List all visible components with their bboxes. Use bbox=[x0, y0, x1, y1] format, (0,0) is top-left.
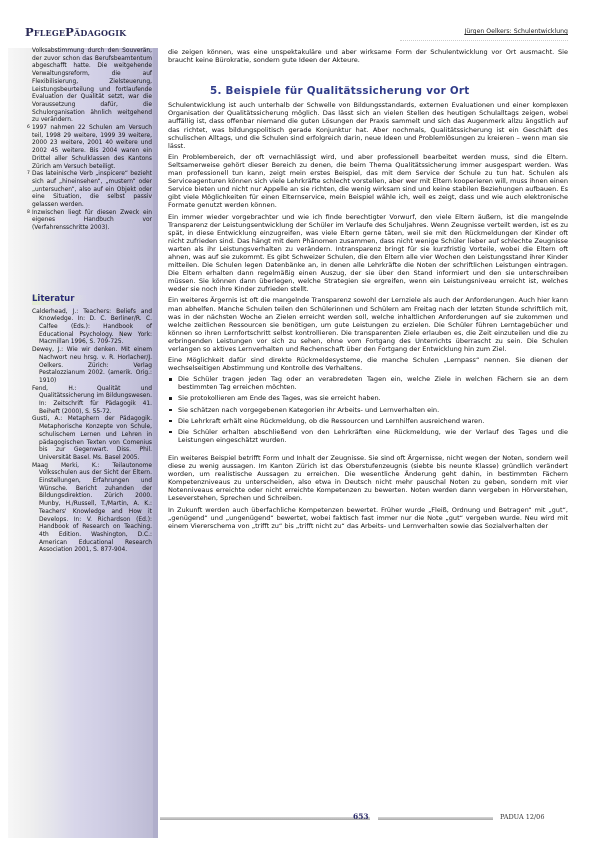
footnote-text: Das lateinische Verb „inspicere“ bezieht… bbox=[32, 171, 152, 208]
footer-rule bbox=[378, 817, 493, 820]
footnote-7: 7Das lateinische Verb „inspicere“ bezieh… bbox=[32, 171, 152, 210]
body-paragraph: Schulentwicklung ist auch unterhalb der … bbox=[168, 101, 568, 150]
sidebar-intro: Volksabstimmung durch den Souverän, der … bbox=[32, 48, 152, 125]
body-paragraph: Ein immer wieder vorgebrachter und wie i… bbox=[168, 213, 568, 294]
bullet-item: Sie schätzen nach vorgegebenen Kategorie… bbox=[168, 406, 568, 414]
body-paragraph: Ein weiteres Beispiel betrifft Form und … bbox=[168, 454, 568, 503]
header-rule bbox=[400, 40, 568, 41]
body-paragraph: Eine Möglichkeit dafür sind direkte Rück… bbox=[168, 356, 568, 372]
reference-item: Calderhead, J.: Teachers: Beliefs and Kn… bbox=[32, 309, 152, 348]
main-column: die zeigen können, was eine unspektakulä… bbox=[168, 48, 568, 533]
reference-item: Fend, H.: Qualität und Qualitätssicherun… bbox=[32, 386, 152, 417]
literature-heading: Literatur bbox=[32, 295, 87, 305]
sidebar-edge bbox=[153, 48, 158, 838]
bullet-item: Die Schüler erhalten abschließend von de… bbox=[168, 428, 568, 444]
footnote-6: 61997 nahmen 22 Schulen am Versuch teil,… bbox=[32, 125, 152, 171]
body-paragraph: Ein Problembereich, der oft vernachlässi… bbox=[168, 153, 568, 210]
running-head: Jürgen Oelkers: Schulentwicklung bbox=[465, 28, 569, 35]
reference-item: Maag Merki, K.: Teilautonome Volksschule… bbox=[32, 463, 152, 555]
page-number: 653 bbox=[353, 812, 369, 821]
journal-brand: PflegePädagogik bbox=[25, 25, 126, 39]
reference-item: Dewey, J.: Wie wir denken. Mit einem Nac… bbox=[32, 347, 152, 386]
footnote-mark: 8 bbox=[27, 209, 30, 217]
bullet-item: Sie protokollieren am Ende des Tages, wa… bbox=[168, 394, 568, 402]
footer-rule bbox=[160, 817, 370, 820]
body-paragraph: In Zukunft werden auch überfachliche Kom… bbox=[168, 506, 568, 530]
reference-item: Gusti, A.: Metaphern der Pädagogik. Meta… bbox=[32, 416, 152, 462]
section-title: 5. Beispiele für Qualitätssicherung vor … bbox=[210, 87, 568, 95]
bullet-list: Die Schüler tragen jeden Tag oder an ver… bbox=[168, 375, 568, 444]
journal-issue: PADUA 12/06 bbox=[500, 813, 544, 821]
footnote-8: 8Inzwischen liegt für diesen Zweck ein e… bbox=[32, 210, 152, 233]
bullet-item: Die Lehrkraft erhält eine Rückmeldung, o… bbox=[168, 417, 568, 425]
footnote-mark: 7 bbox=[27, 170, 30, 178]
lead-paragraph: die zeigen können, was eine unspektakulä… bbox=[168, 48, 568, 64]
footnote-mark: 6 bbox=[27, 124, 30, 132]
bullet-item: Die Schüler tragen jeden Tag oder an ver… bbox=[168, 375, 568, 391]
sidebar-column: Volksabstimmung durch den Souverän, der … bbox=[32, 48, 152, 555]
body-paragraph: Ein weiteres Ärgernis ist oft die mangel… bbox=[168, 296, 568, 353]
footnote-text: Inzwischen liegt für diesen Zweck ein ei… bbox=[32, 210, 152, 231]
footnote-text: 1997 nahmen 22 Schulen am Versuch teil, … bbox=[32, 125, 152, 170]
